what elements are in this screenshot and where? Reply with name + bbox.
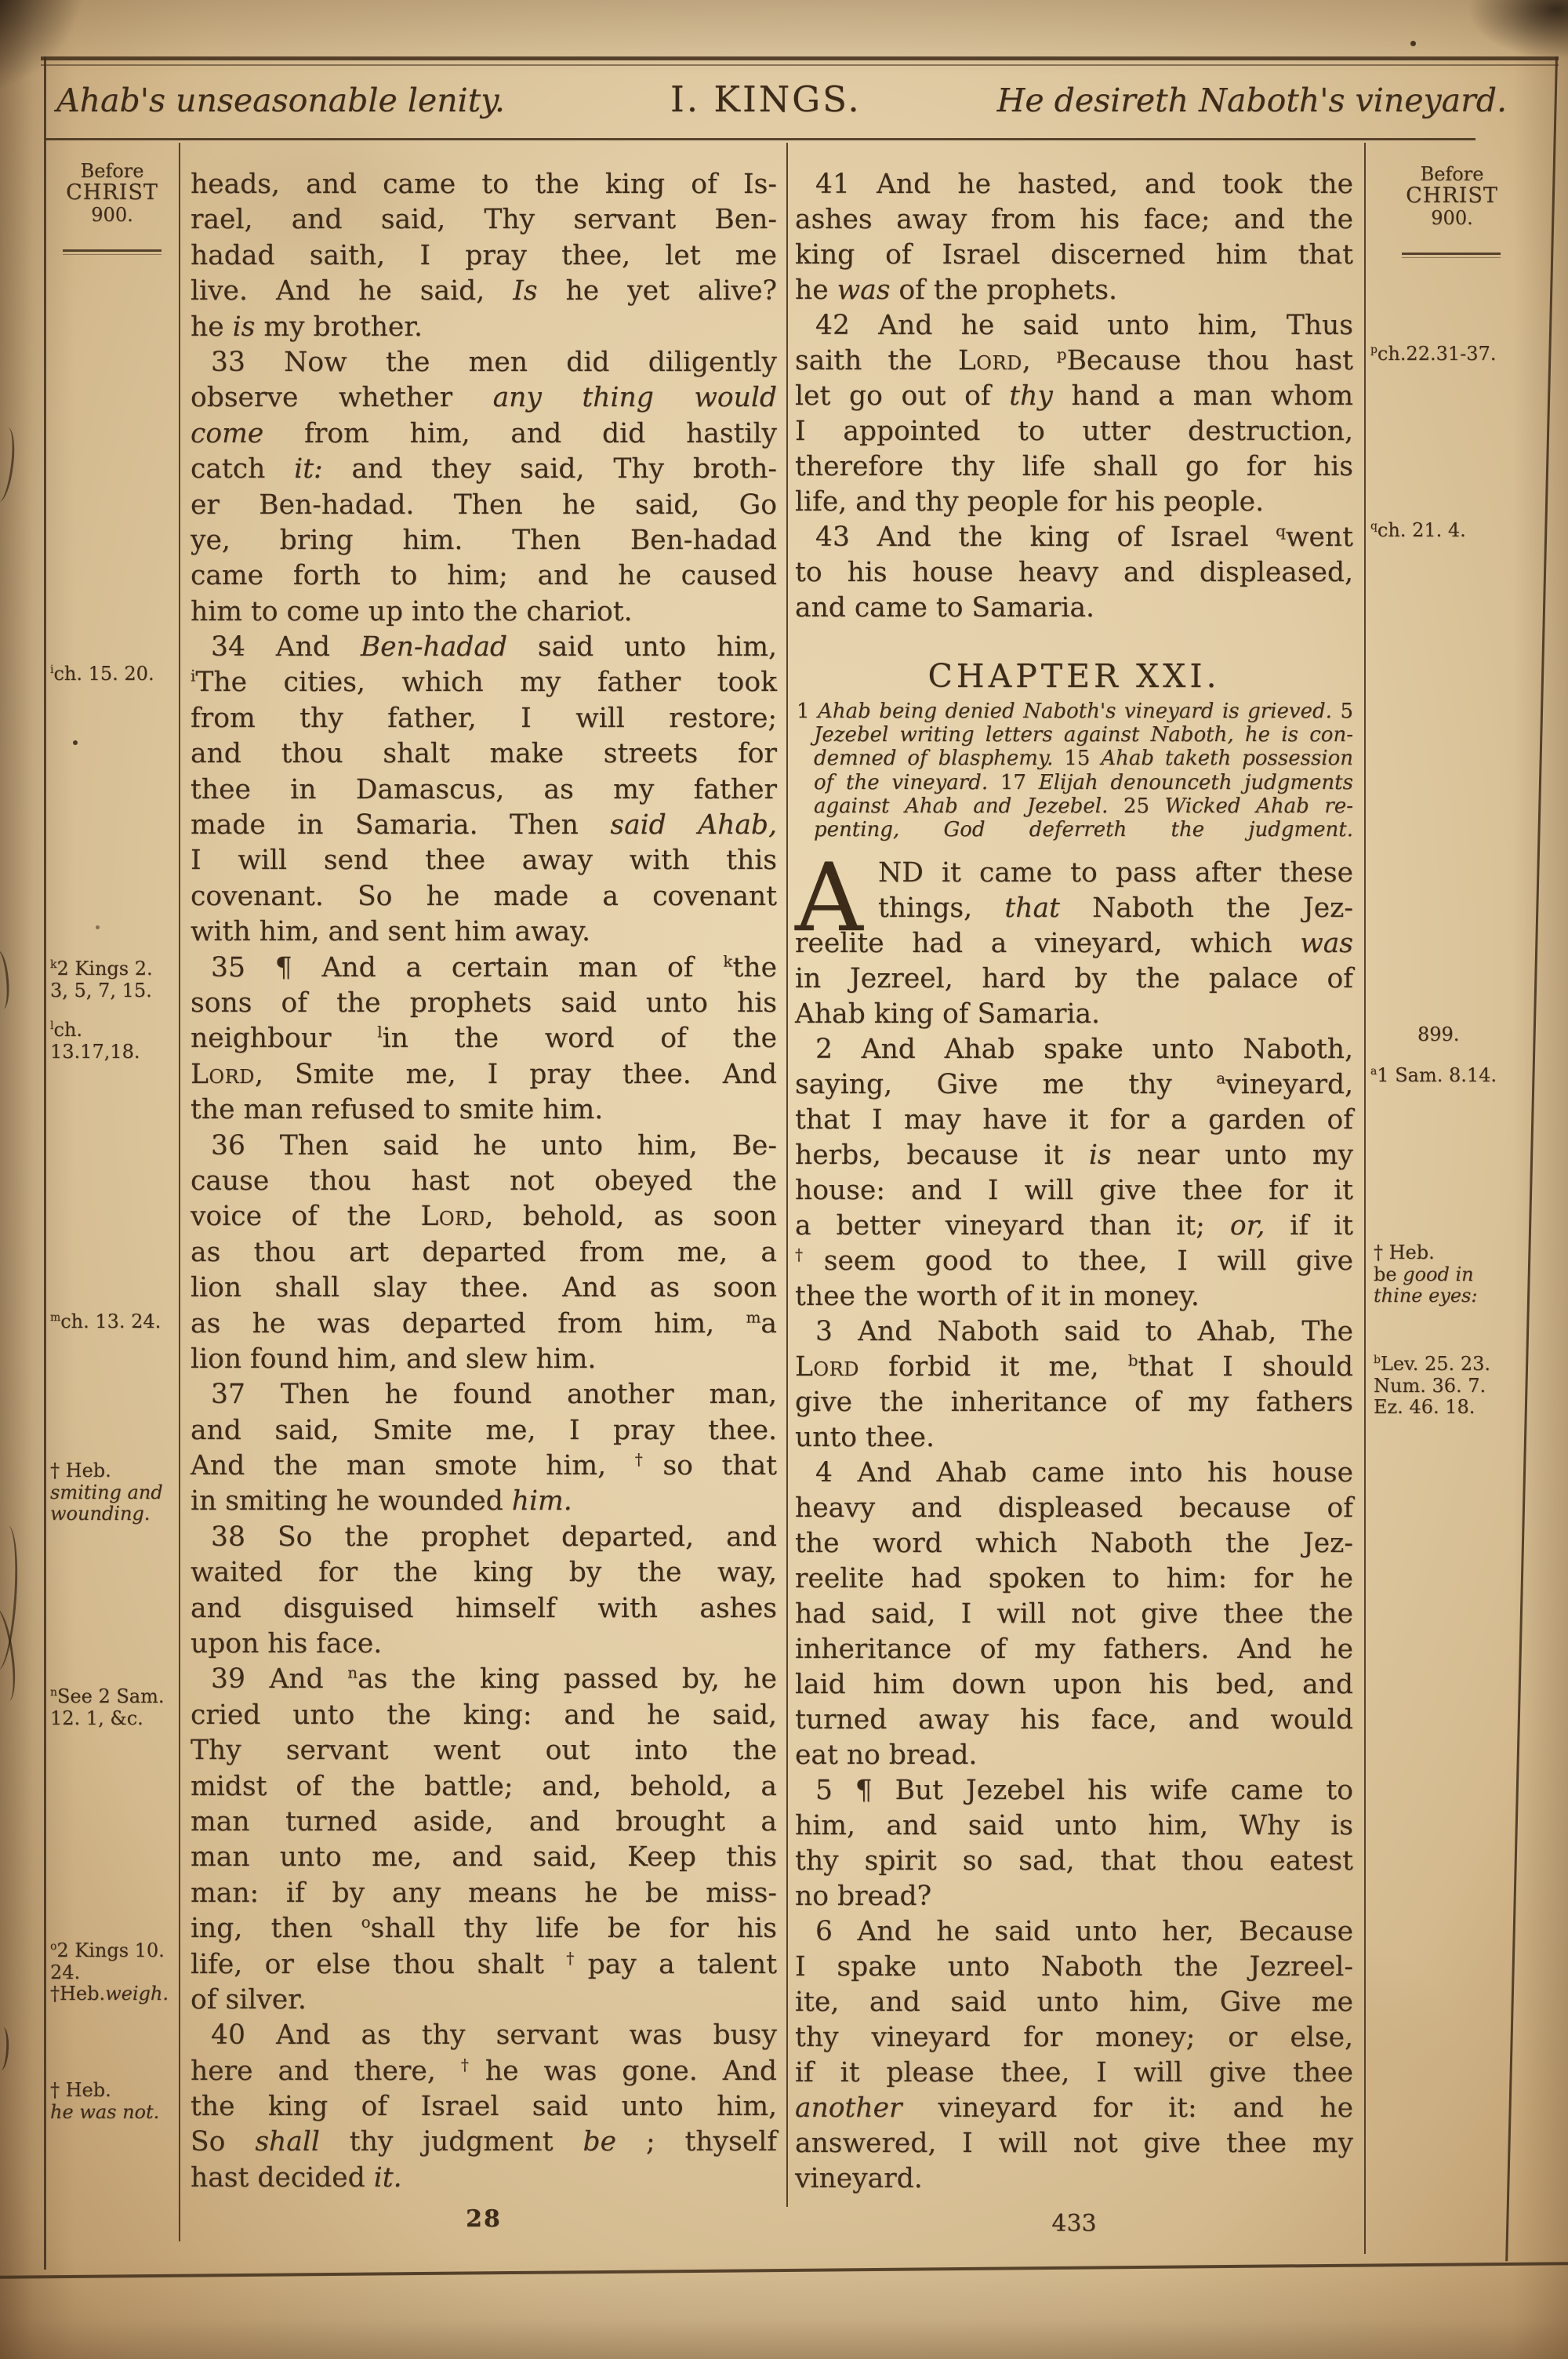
text-line: 35 ¶ And a certain man of kthe — [191, 951, 777, 986]
margin-note: † Heb.smiting andwounding. — [50, 1460, 176, 1525]
text-line: cried unto the king: and he said, — [191, 1698, 777, 1733]
text-line: 34 And Ben-hadad said unto him, — [191, 630, 777, 665]
text-line: that I may have it for a garden of — [795, 1103, 1353, 1138]
text-line: saith the Lord, pBecause thou hast — [795, 343, 1353, 379]
text-line: †seem good to thee, I will give — [795, 1244, 1353, 1279]
signature-mark: 28 — [191, 2205, 777, 2233]
text-line: life, and thy people for his people. — [795, 485, 1353, 520]
text-line: reelite had spoken to him: for he — [795, 1561, 1353, 1597]
text-line: And the man smote him, †so that — [191, 1448, 777, 1484]
text-line: iThe cities, which my father took — [191, 665, 777, 700]
text-line: heavy and displeased because of — [795, 1491, 1353, 1526]
text-line: catch it: and they said, Thy broth- — [191, 452, 777, 487]
before-christ-left-rule2 — [63, 254, 162, 255]
margin-note: k2 Kings 2.3, 5, 7, 15. — [50, 958, 176, 1001]
text-line: 42 And he said unto him, Thus — [795, 308, 1353, 343]
text-line: I spake unto Naboth the Jezreel- — [795, 1950, 1353, 1985]
text-line: laid him down upon his bed, and — [795, 1667, 1353, 1703]
text-line: 4 And Ahab came into his house — [795, 1456, 1353, 1491]
text-line: So shall thy judgment be ; thyself — [191, 2125, 777, 2160]
page-title: I. KINGS. — [670, 78, 862, 120]
before-christ-left-line2: CHRIST — [49, 182, 176, 204]
text-line: Ahab king of Samaria. — [795, 997, 1353, 1032]
text-line: 1 Ahab being denied Naboth's vineyard is… — [797, 700, 1353, 723]
text-line: let go out of thy hand a man whom — [795, 379, 1353, 414]
text-line: sons of the prophets said unto his — [191, 986, 777, 1021]
text-line: and came to Samaria. — [795, 591, 1353, 626]
text-line: thee the worth of it in money. — [795, 1279, 1353, 1314]
before-christ-right-line2: CHRIST — [1374, 185, 1530, 207]
text-line: came forth to him; and he caused — [191, 558, 777, 594]
text-line: Jezebel writing letters against Naboth, … — [797, 723, 1353, 747]
text-line: him, and said unto him, Why is — [795, 1808, 1353, 1844]
text-line: hadad saith, I pray thee, let me — [191, 238, 777, 274]
running-head-left: Ahab's unseasonable lenity. — [56, 82, 505, 119]
margin-note: o2 Kings 10.24.†Heb.weigh. — [50, 1940, 176, 2005]
frame-right-border — [1505, 56, 1558, 2261]
text-line: Lord, Smite me, I pray thee. And — [191, 1057, 777, 1092]
text-line: if it please thee, I will give thee — [795, 2055, 1353, 2091]
chapter-heading: CHAPTER XXI. — [795, 657, 1353, 695]
text-line: er Ben-hadad. Then he said, Go — [191, 488, 777, 523]
margin-note: a1 Sam. 8.14. — [1370, 1065, 1547, 1087]
text-line: 33 Now the men did diligently — [191, 345, 777, 380]
text-line: had said, I will not give thee the — [795, 1597, 1353, 1632]
text-line: 38 So the prophet departed, and — [191, 1520, 777, 1555]
text-line: inheritance of my fathers. And he — [795, 1632, 1353, 1667]
before-christ-right-line1: Before — [1374, 163, 1530, 185]
text-line: the man refused to smite him. — [191, 1092, 777, 1128]
text-line: he was of the prophets. — [795, 273, 1353, 308]
ink-speck — [1410, 41, 1416, 46]
text-line: thy vineyard for money; or else, — [795, 2020, 1353, 2055]
text-line: voice of the Lord, behold, as soon — [191, 1199, 777, 1234]
text-line: in Jezreel, hard by the palace of — [795, 961, 1353, 997]
text-line: ND it came to pass after these — [795, 856, 1353, 891]
text-line: I appointed to utter destruction, — [795, 414, 1353, 449]
text-line: give the inheritance of my fathers — [795, 1385, 1353, 1420]
margin-note: pch.22.31-37. — [1370, 343, 1547, 365]
text-line: 41 And he hasted, and took the — [795, 167, 1353, 202]
before-christ-right: Before CHRIST 900. — [1374, 163, 1530, 229]
text-line: 5 ¶ But Jezebel his wife came to — [795, 1773, 1353, 1808]
before-christ-left-rule — [63, 249, 162, 252]
text-line: thee in Damascus, as my father — [191, 772, 777, 808]
text-line: I will send thee away with this — [191, 843, 777, 878]
text-line: ashes away from his face; and the — [795, 202, 1353, 238]
frame-top-rule-2 — [41, 64, 1559, 66]
text-line: in smiting he wounded him. — [191, 1484, 777, 1519]
margin-note: ich. 15. 20. — [50, 663, 176, 685]
before-christ-left: Before CHRIST 900. — [49, 160, 176, 226]
text-line: of silver. — [191, 1983, 777, 2018]
text-line: ite, and said unto him, Give me — [795, 1985, 1353, 2020]
text-line: man unto me, and said, Keep this — [191, 1840, 777, 1875]
text-line: 6 And he said unto her, Because — [795, 1914, 1353, 1950]
text-line: lion shall slay thee. And as soon — [191, 1270, 777, 1306]
text-line: 40 And as thy servant was busy — [191, 2018, 777, 2053]
before-christ-left-line3: 900. — [49, 204, 176, 226]
running-head-right: He desireth Naboth's vineyard. — [997, 82, 1507, 119]
text-line: as thou art departed from me, a — [191, 1235, 777, 1270]
text-line: ye, bring him. Then Ben-hadad — [191, 523, 777, 558]
text-line: demned of blasphemy. 15 Ahab taketh poss… — [797, 747, 1353, 770]
text-line: vineyard. — [795, 2161, 1353, 2197]
text-line: reelite had a vineyard, which was — [795, 926, 1353, 961]
text-line: life, or else thou shalt †pay a talent — [191, 1947, 777, 1983]
ink-speck — [96, 925, 100, 929]
chapter-summary: 1 Ahab being denied Naboth's vineyard is… — [797, 700, 1353, 841]
text-line: no bread? — [795, 1879, 1353, 1914]
text-line: man: if by any means he be miss- — [191, 1876, 777, 1911]
text-line: Thy servant went out into the — [191, 1733, 777, 1768]
margin-note: bLev. 25. 23.Num. 36. 7.Ez. 46. 18. — [1374, 1354, 1550, 1419]
text-line: house: and I will give thee for it — [795, 1173, 1353, 1209]
text-line: thy spirit so sad, that thou eatest — [795, 1844, 1353, 1879]
text-line: observe whether any thing would — [191, 380, 777, 416]
text-line: lion found him, and slew him. — [191, 1342, 777, 1377]
text-line: 3 And Naboth said to Ahab, The — [795, 1314, 1353, 1350]
ink-speck — [73, 740, 78, 745]
center-column-divider — [786, 143, 788, 2207]
text-line: waited for the king by the way, — [191, 1555, 777, 1590]
text-line: of the vineyard. 17 Elijah denounceth ju… — [797, 771, 1353, 794]
text-line: him to come up into the chariot. — [191, 594, 777, 630]
text-line: cause thou hast not obeyed the — [191, 1164, 777, 1199]
right-text-column-chapter20: 41 And he hasted, and took theashes away… — [795, 167, 1353, 626]
text-line: herbs, because it is near unto my — [795, 1138, 1353, 1173]
text-line: penting, God deferreth the judgment. — [797, 818, 1353, 841]
left-text-column: heads, and came to the king of Is-rael, … — [191, 167, 777, 2196]
text-line: eat no bread. — [795, 1738, 1353, 1773]
text-line: another vineyard for it: and he — [795, 2091, 1353, 2126]
text-line: heads, and came to the king of Is- — [191, 167, 777, 202]
text-line: answered, I will not give thee my — [795, 2126, 1353, 2161]
text-line: ing, then oshall thy life be for his — [191, 1911, 777, 1946]
scanned-bible-page: Ahab's unseasonable lenity. I. KINGS. He… — [0, 0, 1568, 2359]
text-line: covenant. So he made a covenant — [191, 879, 777, 914]
text-line: saying, Give me thy avineyard, — [795, 1067, 1353, 1103]
text-line: 2 And Ahab spake unto Naboth, — [795, 1032, 1353, 1067]
text-line: come from him, and did hastily — [191, 416, 777, 452]
margin-note: mch. 13. 24. — [50, 1311, 176, 1333]
text-line: 36 Then said he unto him, Be- — [191, 1129, 777, 1164]
text-line: man turned aside, and brought a — [191, 1805, 777, 1840]
text-line: Lord forbid it me, bthat I should — [795, 1350, 1353, 1385]
text-line: from thy father, I will restore; — [191, 701, 777, 736]
margin-note: 899. — [1417, 1024, 1568, 1046]
text-line: here and there, †he was gone. And — [191, 2054, 777, 2089]
text-line: with him, and sent him away. — [191, 914, 777, 950]
before-christ-right-rule2 — [1402, 257, 1501, 258]
text-line: the king of Israel said unto him, — [191, 2089, 777, 2125]
text-line: a better vineyard than it; or, if it — [795, 1209, 1353, 1244]
text-line: unto thee. — [795, 1420, 1353, 1456]
text-line: 43 And the king of Israel qwent — [795, 520, 1353, 555]
edge-scribble — [0, 950, 11, 1010]
edge-scribble — [0, 427, 18, 503]
text-line: against Ahab and Jezebel. 25 Wicked Ahab… — [797, 794, 1353, 818]
margin-note: qch. 21. 4. — [1370, 520, 1547, 542]
text-line: made in Samaria. Then said Ahab, — [191, 808, 777, 843]
text-line: things, that Naboth the Jez- — [795, 891, 1353, 926]
before-christ-right-line3: 900. — [1374, 207, 1530, 229]
text-line: the word which Naboth the Jez- — [795, 1526, 1353, 1561]
text-line: neighbour lin the word of the — [191, 1021, 777, 1056]
text-line: king of Israel discerned him that — [795, 238, 1353, 273]
text-line: as he was departed from him, ma — [191, 1307, 777, 1342]
text-line: and thou shalt make streets for — [191, 736, 777, 772]
text-line: and said, Smite me, I pray thee. — [191, 1413, 777, 1448]
text-line: 39 And nas the king passed by, he — [191, 1662, 777, 1697]
text-line: and disguised himself with ashes — [191, 1591, 777, 1627]
margin-note: † Heb.be good inthine eyes: — [1374, 1242, 1550, 1307]
right-text-column-chapter21: ND it came to pass after thesethings, th… — [795, 856, 1353, 2197]
frame-top-rule — [41, 56, 1559, 60]
text-line: live. And he said, Is he yet alive? — [191, 274, 777, 309]
margin-note: lch. 13.17,18. — [50, 1020, 176, 1063]
frame-left-border — [44, 56, 46, 2270]
text-line: to his house heavy and displeased, — [795, 555, 1353, 591]
frame-bottom-rule — [0, 2262, 1568, 2278]
text-line: he is my brother. — [191, 310, 777, 345]
before-christ-right-rule — [1402, 253, 1501, 255]
text-line: therefore thy life shall go for his — [795, 449, 1353, 485]
before-christ-left-line1: Before — [49, 160, 176, 182]
edge-scribble — [0, 2027, 9, 2071]
margin-note: † Heb.he was not. — [50, 2080, 176, 2123]
left-margin-divider — [179, 143, 180, 2241]
text-line: midst of the battle; and, behold, a — [191, 1769, 777, 1805]
margin-note: nSee 2 Sam.12. 1, &c. — [50, 1686, 176, 1729]
page-number: 433 — [795, 2210, 1353, 2237]
text-line: 37 Then he found another man, — [191, 1377, 777, 1412]
text-line: turned away his face, and would — [795, 1703, 1353, 1738]
header-underline — [45, 138, 1475, 140]
text-line: upon his face. — [191, 1627, 777, 1662]
text-line: rael, and said, Thy servant Ben- — [191, 202, 777, 238]
right-margin-divider — [1364, 143, 1366, 2254]
text-line: hast decided it. — [191, 2161, 777, 2196]
